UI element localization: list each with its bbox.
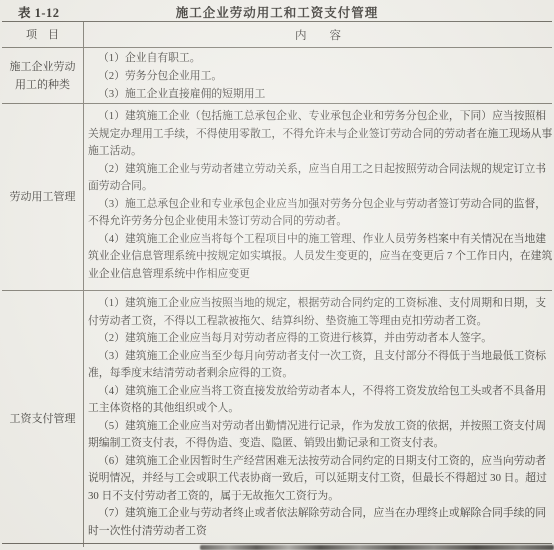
table-row-employment-types: 施工企业劳动用工的种类 （1）企业自有职工。（2）劳务分包企业用工。（3）施工企… bbox=[2, 48, 552, 104]
text-line: （3）施工企业直接雇佣的短期用工 bbox=[88, 85, 546, 103]
table-caption: 表 1-12 施工企业劳动用工和工资支付管理 bbox=[0, 0, 554, 21]
table-row-wage-payment: 工资支付管理 （1）建筑施工企业应当按照当地的规定，根据劳动合同约定的工资标准、… bbox=[2, 291, 552, 547]
scan-artifact-smudge bbox=[200, 545, 554, 550]
text-line: 期编制工资支付表，不得伪造、变造、隐匿、销毁出勤记录和工资支付表。 bbox=[88, 435, 546, 453]
text-line: （5）建筑施工企业应当对劳动者出勤情况进行记录，作为发放工资的依据，并按照工资支… bbox=[88, 418, 546, 436]
row-item-label: 劳动用工管理 bbox=[2, 104, 84, 290]
text-line: 用工的种类 bbox=[15, 76, 70, 94]
text-line: 筑业企业信息管理系统中按规定如实填报。人员发生变更的，应当在变更后 7 个工作日… bbox=[88, 248, 546, 266]
text-line: （6）建筑施工企业因暂时生产经营困难无法按劳动合同约定的日期支付工资的，应当向劳… bbox=[88, 453, 546, 471]
text-line: （4）建筑施工企业应当将工资直接发放给劳动者本人，不得将工资发放给包工头或者不具… bbox=[88, 383, 546, 401]
document-page: 表 1-12 施工企业劳动用工和工资支付管理 项 目 内 容 施工企业劳动用工的… bbox=[0, 0, 554, 550]
text-line: （7）建筑施工企业与劳动者终止或者依法解除劳动合同，应当在办理终止或解除合同手续… bbox=[88, 505, 546, 523]
text-line: （1）企业自有职工。 bbox=[88, 49, 546, 67]
text-line: （2）建筑施工企业与劳动者建立劳动关系，应当自用工之日起按照劳动合同法规的规定订… bbox=[88, 161, 546, 179]
table-header-row: 项 目 内 容 bbox=[2, 22, 552, 48]
row-item-label: 施工企业劳动用工的种类 bbox=[2, 48, 84, 103]
text-line: 劳动用工管理 bbox=[10, 188, 76, 206]
table: 项 目 内 容 施工企业劳动用工的种类 （1）企业自有职工。（2）劳务分包企业用… bbox=[2, 21, 552, 547]
row-content: （1）建筑施工企业（包括施工总承包企业、专业承包企业和劳务分包企业，下同）应当按… bbox=[84, 104, 552, 290]
text-line: 时一次性付清劳动者工资 bbox=[88, 523, 546, 541]
text-line: 准，每季度末结清劳动者剩余应得的工资。 bbox=[88, 365, 546, 383]
text-line: （3）施工总承包企业和专业承包企业应当加强对劳务分包企业与劳动者签订劳动合同的监… bbox=[88, 196, 546, 214]
table-bottom-rule bbox=[2, 543, 552, 544]
text-line: 说明情况，并经与工会或职工代表协商一致后，可以延期支付工资，但最长不得超过 30… bbox=[88, 470, 546, 488]
table-title: 施工企业劳动用工和工资支付管理 bbox=[0, 3, 554, 21]
table-row-labor-management: 劳动用工管理 （1）建筑施工企业（包括施工总承包企业、专业承包企业和劳务分包企业… bbox=[2, 104, 552, 291]
text-line: 施工企业劳动 bbox=[10, 58, 76, 76]
text-line: 工主体资格的其他组织或个人。 bbox=[88, 400, 546, 418]
text-line: （4）建筑施工企业应当将每个工程项目中的施工管理、作业人员劳务档案中有关情况在当… bbox=[88, 231, 546, 249]
text-line: 面劳动合同。 bbox=[88, 178, 546, 196]
row-item-label: 工资支付管理 bbox=[2, 291, 84, 547]
text-line: 业企业信息管理系统中作相应变更 bbox=[88, 266, 546, 284]
text-line: （1）建筑施工企业（包括施工总承包企业、专业承包企业和劳务分包企业，下同）应当按… bbox=[88, 108, 546, 126]
header-item-column: 项 目 bbox=[2, 22, 84, 47]
text-line: （2）建筑施工企业应当每月对劳动者应得的工资进行核算，并由劳动者本人签字。 bbox=[88, 330, 546, 348]
text-line: （1）建筑施工企业应当按照当地的规定，根据劳动合同约定的工资标准、支付周期和日期… bbox=[88, 295, 546, 313]
header-content-column: 内 容 bbox=[84, 22, 552, 47]
text-line: 关规定办理用工手续，不得使用零散工，不得允许未与企业签订劳动合同的劳动者在施工现… bbox=[88, 126, 546, 144]
text-line: （3）建筑施工企业应当至少每月向劳动者支付一次工资，且支付部分不得低于当地最低工… bbox=[88, 348, 546, 366]
row-content: （1）企业自有职工。（2）劳务分包企业用工。（3）施工企业直接雇佣的短期用工 bbox=[84, 48, 552, 103]
row-content: （1）建筑施工企业应当按照当地的规定，根据劳动合同约定的工资标准、支付周期和日期… bbox=[84, 291, 552, 547]
text-line: 30 日不支付劳动者工资的，属于无故拖欠工资行为。 bbox=[88, 488, 546, 506]
text-line: 工资支付管理 bbox=[10, 410, 76, 428]
text-line: 施工活动。 bbox=[88, 143, 546, 161]
text-line: （2）劳务分包企业用工。 bbox=[88, 67, 546, 85]
text-line: 付劳动者工资，不得以工程款被拖欠、结算纠纷、垫资施工等理由克扣劳动者工资。 bbox=[88, 313, 546, 331]
text-line: 不得允许劳务分包企业使用未签订劳动合同的劳动者。 bbox=[88, 213, 546, 231]
